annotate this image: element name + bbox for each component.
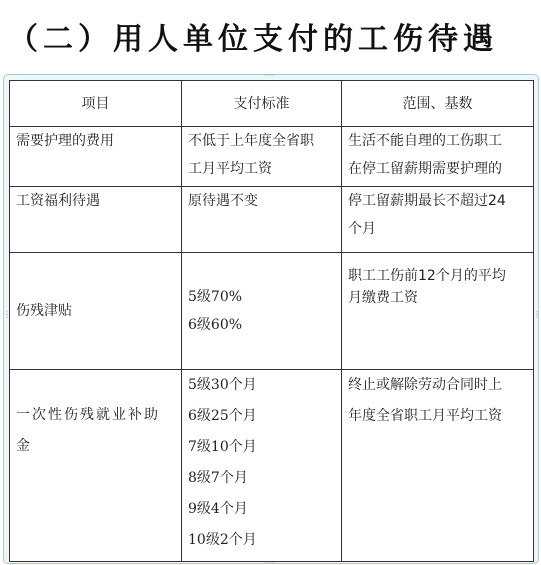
right-resize-handle[interactable]: ⋮ [533, 312, 541, 318]
row-scope: 职工工伤前12个月的平均 月缴费工资 [342, 253, 534, 370]
row-standard: 原待遇不变 [182, 187, 342, 253]
injury-benefits-table: 项目 支付标准 范围、基数 需要护理的费用 不低于上年度全省职 工月平均工资 生… [9, 80, 534, 562]
table-row: 一次性伤残就业补助 金 5级30个月 6级25个月 7级10个月 8级7个月 9… [10, 370, 534, 562]
table-row: 需要护理的费用 不低于上年度全省职 工月平均工资 生活不能自理的工伤职工 在停工… [10, 127, 534, 187]
row-item: 需要护理的费用 [10, 127, 182, 187]
table-row: 伤残津贴 5级70% 6级60% 职工工伤前12个月的平均 月缴费工资 [10, 253, 534, 370]
row-standard: 不低于上年度全省职 工月平均工资 [182, 127, 342, 187]
header-scope: 范围、基数 [342, 81, 534, 127]
header-standard: 支付标准 [182, 81, 342, 127]
top-resize-handle[interactable]: ···· [264, 73, 274, 79]
table-header-row: 项目 支付标准 范围、基数 [10, 81, 534, 127]
table-row: 工资福利待遇 原待遇不变 停工留薪期最长不超过24 个月 [10, 187, 534, 253]
header-item: 项目 [10, 81, 182, 127]
row-item: 伤残津贴 [10, 253, 182, 370]
section-title: （二）用人单位支付的工伤待遇 [8, 14, 498, 58]
row-item: 工资福利待遇 [10, 187, 182, 253]
row-scope: 停工留薪期最长不超过24 个月 [342, 187, 534, 253]
row-scope: 终止或解除劳动合同时上 年度全省职工月平均工资 [342, 370, 534, 562]
row-standard: 5级70% 6级60% [182, 253, 342, 370]
row-standard: 5级30个月 6级25个月 7级10个月 8级7个月 9级4个月 10级2个月 [182, 370, 342, 562]
row-scope: 生活不能自理的工伤职工 在停工留薪期需要护理的 [342, 127, 534, 187]
row-item: 一次性伤残就业补助 金 [10, 370, 182, 562]
